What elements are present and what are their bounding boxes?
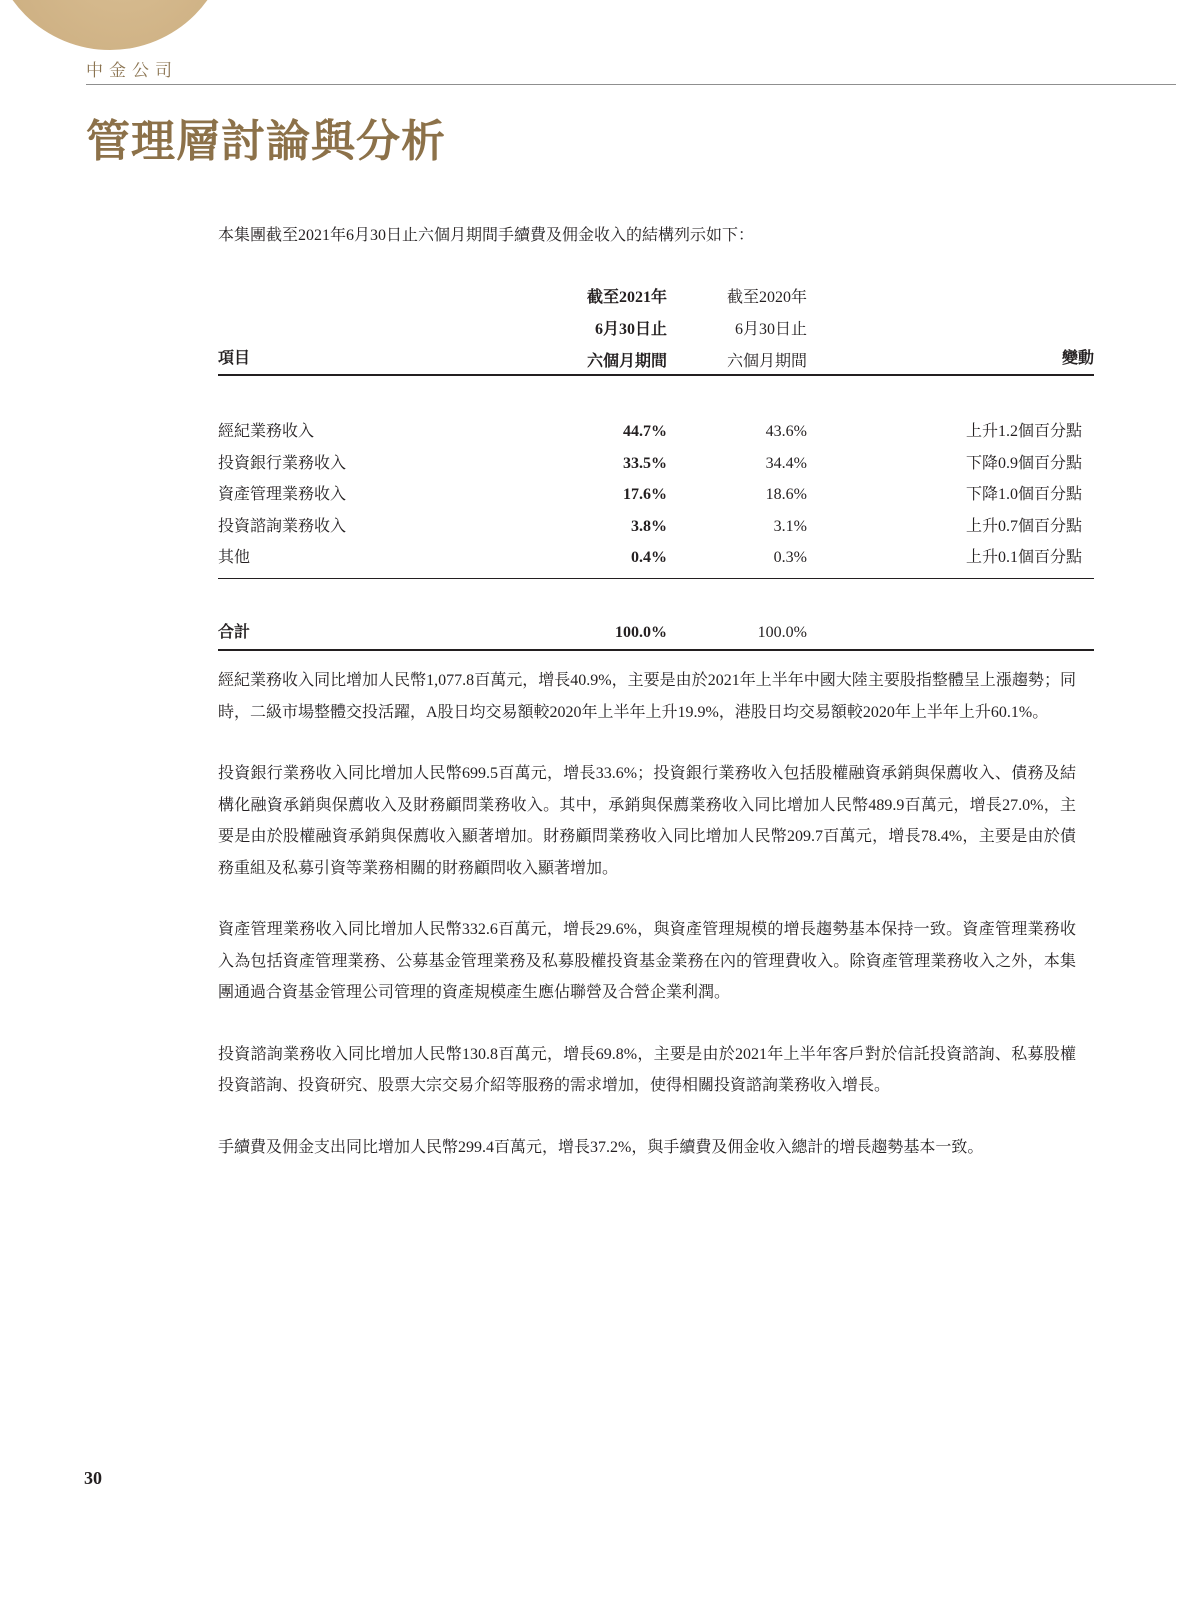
table-row: 經紀業務收入 44.7% 43.6% 上升1.2個百分點 [218, 416, 1094, 448]
row-change: 上升0.7個百分點 [966, 511, 1082, 543]
row-2020: 43.6% [766, 416, 807, 448]
row-item: 其他 [218, 542, 250, 574]
company-name: 中金公司 [86, 56, 178, 81]
header-item: 項目 [218, 345, 250, 368]
row-2021: 0.4% [631, 542, 667, 574]
row-2021: 33.5% [623, 448, 667, 480]
row-2021: 3.8% [631, 511, 667, 543]
commission-structure-table: 項目 截至2021年 6月30日止 六個月期間 截至2020年 6月30日止 六… [218, 282, 1094, 651]
row-2020: 3.1% [774, 511, 807, 543]
row-2021: 17.6% [623, 479, 667, 511]
intro-text: 本集團截至2021年6月30日止六個月期間手續費及佣金收入的結構列示如下： [218, 222, 754, 245]
total-2021: 100.0% [615, 617, 667, 649]
header-divider [86, 84, 1176, 85]
header-2021-line3: 六個月期間 [587, 346, 667, 378]
paragraph-asset-management: 資產管理業務收入同比增加人民幣332.6百萬元，增長29.6%，與資產管理規模的… [218, 914, 1076, 1009]
row-item: 經紀業務收入 [218, 416, 314, 448]
row-item: 資產管理業務收入 [218, 479, 346, 511]
header-2021-line1: 截至2021年 [587, 282, 667, 314]
row-item: 投資諮詢業務收入 [218, 511, 346, 543]
header-change: 變動 [1062, 345, 1094, 368]
page-title: 管理層討論與分析 [86, 105, 446, 169]
table-body: 經紀業務收入 44.7% 43.6% 上升1.2個百分點 投資銀行業務收入 33… [218, 376, 1094, 579]
paragraph-investment-banking: 投資銀行業務收入同比增加人民幣699.5百萬元，增長33.6%；投資銀行業務收入… [218, 758, 1076, 884]
header-2020-line1: 截至2020年 [727, 282, 807, 314]
decorative-circle [0, 0, 230, 50]
header-2020: 截至2020年 6月30日止 六個月期間 [727, 282, 807, 378]
row-item: 投資銀行業務收入 [218, 448, 346, 480]
row-change: 上升0.1個百分點 [966, 542, 1082, 574]
table-row: 資產管理業務收入 17.6% 18.6% 下降1.0個百分點 [218, 479, 1094, 511]
table-row: 其他 0.4% 0.3% 上升0.1個百分點 [218, 542, 1094, 574]
row-2020: 18.6% [766, 479, 807, 511]
header-2021-line2: 6月30日止 [587, 314, 667, 346]
row-change: 下降1.0個百分點 [966, 479, 1082, 511]
table-total-row: 合計 100.0% 100.0% [218, 617, 1094, 651]
header-2020-line3: 六個月期間 [727, 346, 807, 378]
table-header: 項目 截至2021年 6月30日止 六個月期間 截至2020年 6月30日止 六… [218, 282, 1094, 376]
analysis-paragraphs: 經紀業務收入同比增加人民幣1,077.8百萬元，增長40.9%，主要是由於202… [218, 665, 1076, 1193]
header-2021: 截至2021年 6月30日止 六個月期間 [587, 282, 667, 378]
total-2020: 100.0% [758, 617, 807, 649]
page-number: 30 [84, 1468, 102, 1489]
row-change: 上升1.2個百分點 [966, 416, 1082, 448]
header-2020-line2: 6月30日止 [727, 314, 807, 346]
row-change: 下降0.9個百分點 [966, 448, 1082, 480]
paragraph-commission-expense: 手續費及佣金支出同比增加人民幣299.4百萬元，增長37.2%，與手續費及佣金收… [218, 1132, 1076, 1164]
row-2021: 44.7% [623, 416, 667, 448]
row-2020: 34.4% [766, 448, 807, 480]
paragraph-investment-advisory: 投資諮詢業務收入同比增加人民幣130.8百萬元，增長69.8%，主要是由於202… [218, 1039, 1076, 1102]
row-2020: 0.3% [774, 542, 807, 574]
total-label: 合計 [218, 617, 250, 649]
table-row: 投資諮詢業務收入 3.8% 3.1% 上升0.7個百分點 [218, 511, 1094, 543]
paragraph-brokerage: 經紀業務收入同比增加人民幣1,077.8百萬元，增長40.9%，主要是由於202… [218, 665, 1076, 728]
table-row: 投資銀行業務收入 33.5% 34.4% 下降0.9個百分點 [218, 448, 1094, 480]
